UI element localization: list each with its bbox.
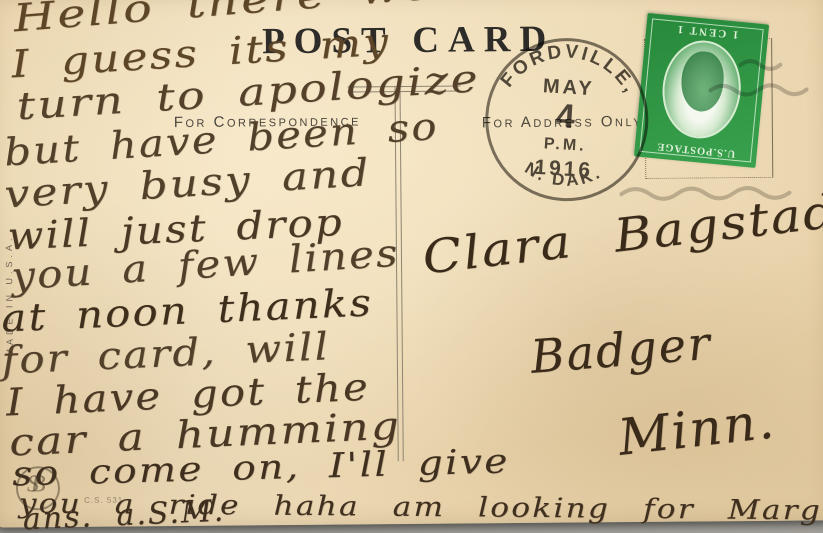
postcard: POST CARD For Correspondence For Address… xyxy=(0,0,823,528)
postmark-day: 4 xyxy=(555,97,579,136)
postmark-year: 1916 xyxy=(534,156,594,183)
address-line-state: Minn. xyxy=(615,391,778,466)
postmark-month: MAY xyxy=(542,75,595,100)
postmark-meridiem: P.M. xyxy=(543,135,587,155)
address-line-town: Badger xyxy=(529,316,714,384)
photo-background: POST CARD For Correspondence For Address… xyxy=(0,0,823,533)
